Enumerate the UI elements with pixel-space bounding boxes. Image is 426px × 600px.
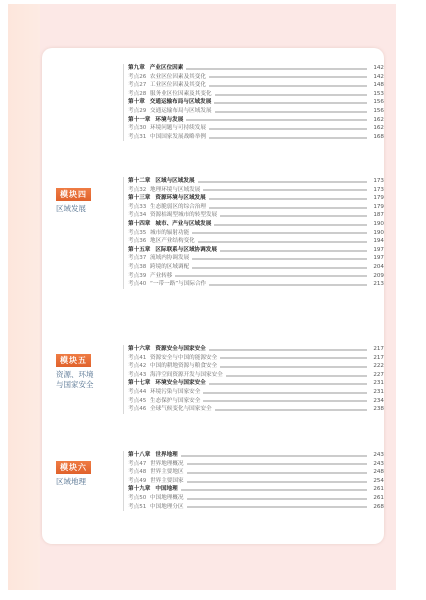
toc-page-number: 209 [370,272,384,281]
toc-title: 区际联系与区域协调发展 [155,246,217,255]
toc-code: 考点49 [128,477,150,486]
leader-line [220,250,367,251]
toc-title: 流域内协调发展 [150,254,189,263]
toc-code: 第十三章 [128,194,150,203]
toc-code: 考点43 [128,371,150,380]
toc-code: 考点35 [128,229,150,238]
leader-line [220,358,367,359]
toc-item-row[interactable]: 考点34资源枯竭型城市的转型发展187 [128,211,384,220]
toc-title: 世界主要地区 [150,468,184,477]
leader-line [215,94,367,95]
toc-item-row[interactable]: 考点51中国地理分区268 [128,503,384,512]
toc-code: 考点39 [128,272,150,281]
toc-chapter-row[interactable]: 第十八章世界地理243 [128,451,384,460]
toc-code: 考点28 [128,90,150,99]
module-badge: 模块五 [56,354,91,367]
toc-code: 考点32 [128,186,150,195]
toc-item-row[interactable]: 考点44环境污染与国家安全231 [128,388,384,397]
toc-code: 第十四章 [128,220,150,229]
toc-page-number: 213 [370,280,384,289]
toc-page-number: 168 [370,133,384,142]
toc-page-number: 204 [370,263,384,272]
toc-item-row[interactable]: 考点36地区产业结构变化194 [128,237,384,246]
toc-code: 第十二章 [128,177,150,186]
leader-line [192,259,367,260]
toc-page-number: 261 [370,494,384,503]
toc-item-row[interactable]: 考点48世界主要地区248 [128,468,384,477]
toc-code: 第十章 [128,98,145,107]
leader-line [186,68,367,69]
toc-page-number: 243 [370,460,384,469]
leader-line [187,472,367,473]
toc-code: 第九章 [128,64,145,73]
toc-title: 产业转移 [150,272,172,281]
toc-code: 第十七章 [128,379,150,388]
leader-line [181,490,367,491]
toc-page-number: 156 [370,107,384,116]
leader-line [209,77,367,78]
toc-item-row[interactable]: 考点32地理环境与区域发展173 [128,186,384,195]
toc-title: 城市的辐射功能 [150,229,189,238]
toc-title: 服务业区位因素及其变化 [150,90,212,99]
toc-page-number: 179 [370,203,384,212]
leader-line [187,498,367,499]
toc-code: 考点46 [128,405,150,414]
leader-line [226,375,367,376]
toc-code: 考点41 [128,354,150,363]
toc-chapter-row[interactable]: 第十四章城市、产业与区域发展190 [128,220,384,229]
toc-page-number: 194 [370,237,384,246]
toc-code: 考点33 [128,203,150,212]
toc-title: 交通运输布局与区域发展 [150,107,212,116]
toc-code: 考点42 [128,362,150,371]
toc-page-number: 231 [370,388,384,397]
left-decorative-strip [8,4,40,590]
leader-line [198,181,367,182]
toc-entries: 第十八章世界地理243考点47世界地理概况243考点48世界主要地区248考点4… [123,451,384,511]
toc-code: 考点30 [128,124,150,133]
toc-page-number: 162 [370,124,384,133]
toc-page-number: 227 [370,371,384,380]
toc-title: 世界地理 [155,451,177,460]
toc-item-row[interactable]: 考点33生态脆弱区的综合治理179 [128,203,384,212]
toc-title: 环境污染与国家安全 [150,388,200,397]
toc-code: 考点34 [128,211,150,220]
toc-title: 产业区位因素 [150,64,184,73]
leader-line [209,85,367,86]
toc-page-number: 222 [370,362,384,371]
toc-item-row[interactable]: 考点28服务业区位因素及其变化153 [128,90,384,99]
leader-line [192,267,367,268]
leader-line [203,401,367,402]
leader-line [209,349,367,350]
toc-page-number: 190 [370,229,384,238]
toc-page-number: 248 [370,468,384,477]
toc-chapter-row[interactable]: 第十六章资源安全与国家安全217 [128,345,384,354]
toc-code: 考点27 [128,81,150,90]
module-label: 模块六区域地理 [56,455,118,487]
toc-title: 资源安全与国家安全 [155,345,205,354]
toc-item-row[interactable]: 考点26农业区位因素及其变化142 [128,73,384,82]
toc-code: 第十六章 [128,345,150,354]
leader-line [214,103,367,104]
toc-item-row[interactable]: 考点35城市的辐射功能190 [128,229,384,238]
toc-title: 世界地理概况 [150,460,184,469]
toc-entries: 第十六章资源安全与国家安全217考点41资源安全与中国的能源安全217考点42中… [123,345,384,414]
toc-title: 全球气候变化与国家安全 [150,405,212,414]
toc-page-number: 142 [370,64,384,73]
module-subtitle: 区域地理 [56,477,118,487]
leader-line [220,216,367,217]
toc-code: 第十九章 [128,485,150,494]
leader-line [203,190,367,191]
toc-title: 跨境的区域调配 [150,263,189,272]
module-subtitle: 资源、环境 [56,370,118,380]
toc-title: 中国的耕地资源与粮食安全 [150,362,217,371]
module-label: 模块四区域发展 [56,182,118,214]
toc-page-number: 197 [370,254,384,263]
leader-line [209,128,367,129]
toc-item-row[interactable]: 考点29交通运输布局与区域发展156 [128,107,384,116]
toc-chapter-row[interactable]: 第十二章区域与区域发展173 [128,177,384,186]
leader-line [215,409,367,410]
leader-line [203,392,367,393]
toc-page-number: 231 [370,379,384,388]
leader-line [187,507,367,508]
module-subtitle: 与国家安全 [56,380,118,390]
toc-panel: 第九章产业区位因素142考点26农业区位因素及其变化142考点27工业区位因素及… [42,48,384,544]
toc-item-row[interactable]: 考点39产业转移209 [128,272,384,281]
toc-code: 第十五章 [128,246,150,255]
toc-code: 考点38 [128,263,150,272]
toc-page-number: 254 [370,477,384,486]
toc-title: 地理环境与区域发展 [150,186,200,195]
toc-item-row[interactable]: 考点30环境问题与可持续发展162 [128,124,384,133]
toc-item-row[interactable]: 考点46全球气候变化与国家安全238 [128,405,384,414]
leader-line [209,284,367,285]
toc-title: 生态脆弱区的综合治理 [150,203,206,212]
module-badge: 模块四 [56,188,91,201]
toc-page-number: 243 [370,451,384,460]
module-badge: 模块六 [56,461,91,474]
toc-item-row[interactable]: 考点38跨境的区域调配204 [128,263,384,272]
toc-page-number: 238 [370,405,384,414]
module-label: 模块五资源、环境与国家安全 [56,348,118,390]
toc-title: 中国地理概况 [150,494,184,503]
leader-line [198,241,367,242]
toc-page-number: 179 [370,194,384,203]
leader-line [215,111,367,112]
toc-chapter-row[interactable]: 第十五章区际联系与区域协调发展197 [128,246,384,255]
toc-code: 第十一章 [128,116,150,125]
toc-title: 中国地理 [155,485,177,494]
toc-code: 考点29 [128,107,150,116]
leader-line [187,481,367,482]
toc-page-number: 261 [370,485,384,494]
toc-title: 中国国家发展战略举例 [150,133,206,142]
toc-code: 第十八章 [128,451,150,460]
toc-title: 农业区位因素及其变化 [150,73,206,82]
toc-page-number: 153 [370,90,384,99]
toc-code: 考点51 [128,503,150,512]
toc-code: 考点50 [128,494,150,503]
toc-code: 考点47 [128,460,150,469]
toc-title: 生态保护与国家安全 [150,397,200,406]
toc-title: “一带一路”与国际合作 [150,280,206,289]
toc-title: 世界主要国家 [150,477,184,486]
toc-title: 资源安全与中国的能源安全 [150,354,217,363]
toc-chapter-row[interactable]: 第十章交通运输布局与区域发展156 [128,98,384,107]
toc-title: 交通运输布局与区域发展 [150,98,212,107]
toc-item-row[interactable]: 考点41资源安全与中国的能源安全217 [128,354,384,363]
toc-page-number: 268 [370,503,384,512]
toc-page-number: 197 [370,246,384,255]
toc-code: 考点26 [128,73,150,82]
toc-item-row[interactable]: 考点45生态保护与国家安全234 [128,397,384,406]
module-subtitle: 区域发展 [56,204,118,214]
toc-entries: 第九章产业区位因素142考点26农业区位因素及其变化142考点27工业区位因素及… [123,64,384,141]
toc-code: 考点36 [128,237,150,246]
toc-page-number: 162 [370,116,384,125]
toc-chapter-row[interactable]: 第十三章资源环境与区域发展179 [128,194,384,203]
toc-item-row[interactable]: 考点40“一带一路”与国际合作213 [128,280,384,289]
toc-title: 地区产业结构变化 [150,237,195,246]
toc-item-row[interactable]: 考点27工业区位因素及其变化148 [128,81,384,90]
toc-title: 区域与区域发展 [155,177,194,186]
toc-code: 考点44 [128,388,150,397]
toc-entries: 第十二章区域与区域发展173考点32地理环境与区域发展173第十三章资源环境与区… [123,177,384,289]
leader-line [209,207,367,208]
toc-page-number: 173 [370,186,384,195]
toc-item-row[interactable]: 考点42中国的耕地资源与粮食安全222 [128,362,384,371]
leader-line [192,233,367,234]
toc-title: 中国地理分区 [150,503,184,512]
toc-title: 城市、产业与区域发展 [155,220,211,229]
toc-page-number: 217 [370,354,384,363]
toc-title: 资源环境与区域发展 [155,194,205,203]
leader-line [175,276,367,277]
toc-item-row[interactable]: 考点31中国国家发展战略举例168 [128,133,384,142]
toc-page-number: 156 [370,98,384,107]
leader-line [209,384,367,385]
toc-title: 资源枯竭型城市的转型发展 [150,211,217,220]
toc-title: 环境安全与国家安全 [155,379,205,388]
toc-item-row[interactable]: 考点37流域内协调发展197 [128,254,384,263]
toc-title: 环境问题与可持续发展 [150,124,206,133]
toc-page-number: 187 [370,211,384,220]
toc-page-number: 234 [370,397,384,406]
toc-chapter-row[interactable]: 第十七章环境安全与国家安全231 [128,379,384,388]
toc-title: 工业区位因素及其变化 [150,81,206,90]
toc-chapter-row[interactable]: 第十九章中国地理261 [128,485,384,494]
leader-line [214,224,367,225]
toc-code: 考点40 [128,280,150,289]
toc-chapter-row[interactable]: 第九章产业区位因素142 [128,64,384,73]
toc-page-number: 142 [370,73,384,82]
toc-chapter-row[interactable]: 第十一章环境与发展162 [128,116,384,125]
leader-line [187,464,367,465]
toc-item-row[interactable]: 考点47世界地理概况243 [128,460,384,469]
toc-code: 考点31 [128,133,150,142]
toc-code: 考点37 [128,254,150,263]
toc-page-number: 148 [370,81,384,90]
toc-page-number: 190 [370,220,384,229]
leader-line [181,455,367,456]
toc-page-number: 217 [370,345,384,354]
toc-title: 环境与发展 [155,116,183,125]
toc-item-row[interactable]: 考点49世界主要国家254 [128,477,384,486]
leader-line [220,366,367,367]
toc-item-row[interactable]: 考点43海洋空间资源开发与国家安全227 [128,371,384,380]
toc-code: 考点45 [128,397,150,406]
toc-title: 海洋空间资源开发与国家安全 [150,371,223,380]
toc-page-number: 173 [370,177,384,186]
toc-item-row[interactable]: 考点50中国地理概况261 [128,494,384,503]
leader-line [209,137,367,138]
leader-line [209,198,367,199]
toc-code: 考点48 [128,468,150,477]
leader-line [186,120,367,121]
